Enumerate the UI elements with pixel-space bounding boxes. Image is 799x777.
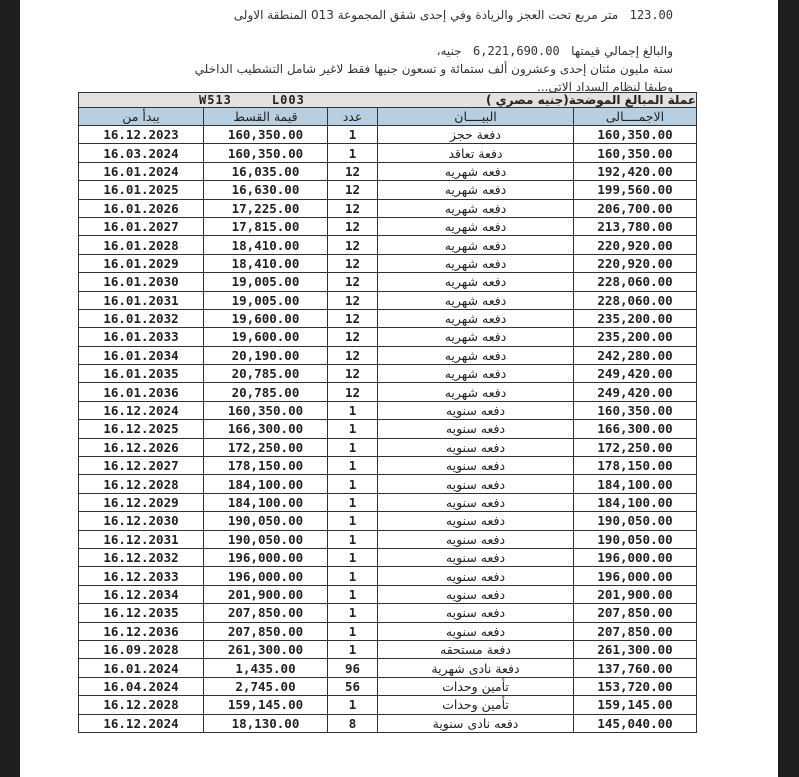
table-title-row: W513L003 عملة المبالغ الموضحة(جنيه مصري … xyxy=(79,93,697,108)
table-row: 16.12.2036207,850.001دفعه سنويه207,850.0… xyxy=(79,622,697,640)
table-row: 16.12.2024160,350.001دفعه سنويه160,350.0… xyxy=(79,401,697,419)
cell-count: 12 xyxy=(328,162,378,180)
cell-total: 261,300.00 xyxy=(574,640,697,658)
cell-start-date: 16.01.2032 xyxy=(79,309,204,327)
total-suffix: جنيه، xyxy=(437,44,462,58)
header-line-2: والبالغ إجمالي قيمتها 6,221,690.00 جنيه، xyxy=(437,44,673,58)
cell-description: دفعه شهريه xyxy=(378,273,574,291)
cell-total: 199,560.00 xyxy=(574,181,697,199)
cell-start-date: 16.01.2028 xyxy=(79,236,204,254)
cell-count: 12 xyxy=(328,291,378,309)
cell-total: 207,850.00 xyxy=(574,622,697,640)
cell-count: 12 xyxy=(328,365,378,383)
total-prefix: والبالغ إجمالي قيمتها xyxy=(571,44,673,58)
cell-count: 1 xyxy=(328,640,378,658)
cell-installment: 19,600.00 xyxy=(204,328,328,346)
cell-total: 235,200.00 xyxy=(574,309,697,327)
cell-description: دفعة حجز xyxy=(378,126,574,144)
cell-start-date: 16.12.2033 xyxy=(79,567,204,585)
cell-installment: 17,225.00 xyxy=(204,199,328,217)
cell-start-date: 16.01.2030 xyxy=(79,273,204,291)
cell-start-date: 16.12.2023 xyxy=(79,126,204,144)
cell-installment: 160,350.00 xyxy=(204,401,328,419)
cell-installment: 201,900.00 xyxy=(204,585,328,603)
cell-installment: 20,785.00 xyxy=(204,365,328,383)
cell-total: 184,100.00 xyxy=(574,493,697,511)
cell-count: 12 xyxy=(328,273,378,291)
cell-count: 12 xyxy=(328,254,378,272)
cell-start-date: 16.12.2036 xyxy=(79,622,204,640)
cell-description: تأمين وحدات xyxy=(378,696,574,714)
cell-count: 12 xyxy=(328,328,378,346)
col-total: الاجمــــالى xyxy=(574,108,697,126)
cell-installment: 190,050.00 xyxy=(204,512,328,530)
cell-total: 196,000.00 xyxy=(574,567,697,585)
cell-installment: 160,350.00 xyxy=(204,144,328,162)
cell-total: 207,850.00 xyxy=(574,604,697,622)
table-row: 16.01.203620,785.0012دفعه شهريه249,420.0… xyxy=(79,383,697,401)
cell-installment: 19,005.00 xyxy=(204,291,328,309)
cell-description: دفعه سنويه xyxy=(378,530,574,548)
cell-description: دفعه شهريه xyxy=(378,217,574,235)
cell-description: دفعه شهريه xyxy=(378,328,574,346)
col-description: البيــــان xyxy=(378,108,574,126)
cell-total: 160,350.00 xyxy=(574,126,697,144)
cell-start-date: 16.01.2031 xyxy=(79,291,204,309)
document-page: 123.00 متر مربع تحت العجز والزيادة وفي إ… xyxy=(20,0,778,777)
cell-start-date: 16.12.2028 xyxy=(79,475,204,493)
table-row: 16.09.2028261,300.001دفعة مستحقه261,300.… xyxy=(79,640,697,658)
table-row: 16.12.2030190,050.001دفعه سنويه190,050.0… xyxy=(79,512,697,530)
area-value: 123.00 xyxy=(630,8,673,22)
table-row: 16.12.2032196,000.001دفعه سنويه196,000.0… xyxy=(79,548,697,566)
unit-code: W513 xyxy=(199,93,232,107)
cell-installment: 172,250.00 xyxy=(204,438,328,456)
table-row: 16.12.2029184,100.001دفعه سنويه184,100.0… xyxy=(79,493,697,511)
cell-start-date: 16.12.2030 xyxy=(79,512,204,530)
header-line-1: 123.00 متر مربع تحت العجز والزيادة وفي إ… xyxy=(234,8,673,22)
cell-description: دفعه سنويه xyxy=(378,438,574,456)
cell-count: 1 xyxy=(328,604,378,622)
cell-start-date: 16.12.2025 xyxy=(79,420,204,438)
table-row: 16.01.202717,815.0012دفعه شهريه213,780.0… xyxy=(79,217,697,235)
cell-installment: 18,410.00 xyxy=(204,254,328,272)
table-row: 16.01.202918,410.0012دفعه شهريه220,920.0… xyxy=(79,254,697,272)
cell-count: 1 xyxy=(328,512,378,530)
cell-total: 228,060.00 xyxy=(574,273,697,291)
cell-total: 228,060.00 xyxy=(574,291,697,309)
table-row: 16.12.2028184,100.001دفعه سنويه184,100.0… xyxy=(79,475,697,493)
cell-start-date: 16.04.2024 xyxy=(79,677,204,695)
table-row: 16.12.2035207,850.001دفعه سنويه207,850.0… xyxy=(79,604,697,622)
cell-count: 1 xyxy=(328,548,378,566)
cell-count: 12 xyxy=(328,199,378,217)
cell-description: دفعة تعاقد xyxy=(378,144,574,162)
table-row: 16.01.203420,190.0012دفعه شهريه242,280.0… xyxy=(79,346,697,364)
cell-start-date: 16.01.2033 xyxy=(79,328,204,346)
cell-description: دفعة مستحقه xyxy=(378,640,574,658)
cell-total: 249,420.00 xyxy=(574,365,697,383)
table-row: 16.01.203019,005.0012دفعه شهريه228,060.0… xyxy=(79,273,697,291)
cell-total: 213,780.00 xyxy=(574,217,697,235)
table-row: 16.12.2023160,350.001دفعة حجز160,350.00 xyxy=(79,126,697,144)
cell-description: دفعه سنويه xyxy=(378,401,574,419)
cell-count: 1 xyxy=(328,585,378,603)
cell-installment: 207,850.00 xyxy=(204,622,328,640)
cell-installment: 17,815.00 xyxy=(204,217,328,235)
cell-count: 1 xyxy=(328,144,378,162)
table-row: 16.01.202818,410.0012دفعه شهريه220,920.0… xyxy=(79,236,697,254)
table-row: 16.12.2025166,300.001دفعه سنويه166,300.0… xyxy=(79,420,697,438)
cell-total: 178,150.00 xyxy=(574,457,697,475)
cell-total: 220,920.00 xyxy=(574,236,697,254)
cell-count: 8 xyxy=(328,714,378,732)
cell-installment: 178,150.00 xyxy=(204,457,328,475)
cell-installment: 16,630.00 xyxy=(204,181,328,199)
table-row: 16.01.203319,600.0012دفعه شهريه235,200.0… xyxy=(79,328,697,346)
cell-installment: 20,190.00 xyxy=(204,346,328,364)
table-row: 16.01.202516,630.0012دفعه شهريه199,560.0… xyxy=(79,181,697,199)
cell-installment: 166,300.00 xyxy=(204,420,328,438)
cell-count: 12 xyxy=(328,346,378,364)
cell-start-date: 16.01.2034 xyxy=(79,346,204,364)
cell-start-date: 16.12.2026 xyxy=(79,438,204,456)
cell-total: 206,700.00 xyxy=(574,199,697,217)
cell-installment: 160,350.00 xyxy=(204,126,328,144)
cell-description: دفعه سنويه xyxy=(378,457,574,475)
cell-description: دفعه سنويه xyxy=(378,567,574,585)
cell-description: دفعه شهريه xyxy=(378,383,574,401)
currency-note: عملة المبالغ الموضحة(جنيه مصري ) xyxy=(486,93,696,107)
cell-count: 1 xyxy=(328,438,378,456)
table-row: 16.12.2028159,145.001تأمين وحدات159,145.… xyxy=(79,696,697,714)
cell-installment: 184,100.00 xyxy=(204,493,328,511)
payment-schedule-table: W513L003 عملة المبالغ الموضحة(جنيه مصري … xyxy=(78,92,697,733)
cell-installment: 190,050.00 xyxy=(204,530,328,548)
cell-total: 137,760.00 xyxy=(574,659,697,677)
cell-installment: 261,300.00 xyxy=(204,640,328,658)
table-row: 16.12.202418,130.008دفعه نادى سنوية145,0… xyxy=(79,714,697,732)
table-row: 16.01.20241,435.0096دفعة نادى شهرية137,7… xyxy=(79,659,697,677)
cell-start-date: 16.01.2035 xyxy=(79,365,204,383)
cell-start-date: 16.12.2024 xyxy=(79,714,204,732)
cell-total: 242,280.00 xyxy=(574,346,697,364)
cell-count: 1 xyxy=(328,401,378,419)
cell-count: 12 xyxy=(328,181,378,199)
cell-total: 201,900.00 xyxy=(574,585,697,603)
cell-description: دفعه سنويه xyxy=(378,585,574,603)
cell-installment: 159,145.00 xyxy=(204,696,328,714)
cell-description: دفعه شهريه xyxy=(378,346,574,364)
table-row: 16.01.202617,225.0012دفعه شهريه206,700.0… xyxy=(79,199,697,217)
cell-total: 172,250.00 xyxy=(574,438,697,456)
cell-installment: 19,600.00 xyxy=(204,309,328,327)
cell-total: 192,420.00 xyxy=(574,162,697,180)
cell-start-date: 16.12.2029 xyxy=(79,493,204,511)
cell-installment: 184,100.00 xyxy=(204,475,328,493)
table-row: 16.12.2031190,050.001دفعه سنويه190,050.0… xyxy=(79,530,697,548)
cell-total: 190,050.00 xyxy=(574,512,697,530)
cell-description: دفعه سنويه xyxy=(378,548,574,566)
cell-installment: 18,410.00 xyxy=(204,236,328,254)
cell-description: دفعه شهريه xyxy=(378,162,574,180)
table-row: 16.12.2027178,150.001دفعه سنويه178,150.0… xyxy=(79,457,697,475)
cell-description: دفعه سنويه xyxy=(378,493,574,511)
cell-start-date: 16.12.2024 xyxy=(79,401,204,419)
cell-count: 1 xyxy=(328,696,378,714)
cell-count: 12 xyxy=(328,383,378,401)
cell-description: دفعه شهريه xyxy=(378,254,574,272)
cell-count: 1 xyxy=(328,530,378,548)
cell-start-date: 16.01.2026 xyxy=(79,199,204,217)
table-header-row: يبدأ من قيمة القسط عدد البيــــان الاجمـ… xyxy=(79,108,697,126)
cell-total: 160,350.00 xyxy=(574,401,697,419)
col-start-date: يبدأ من xyxy=(79,108,204,126)
cell-description: دفعه شهريه xyxy=(378,291,574,309)
cell-description: دفعه شهريه xyxy=(378,199,574,217)
cell-count: 1 xyxy=(328,126,378,144)
table-row: 16.04.20242,745.0056تأمين وحدات153,720.0… xyxy=(79,677,697,695)
col-count: عدد xyxy=(328,108,378,126)
table-row: 16.01.203520,785.0012دفعه شهريه249,420.0… xyxy=(79,365,697,383)
cell-count: 1 xyxy=(328,475,378,493)
cell-installment: 16,035.00 xyxy=(204,162,328,180)
cell-description: دفعه سنويه xyxy=(378,604,574,622)
cell-count: 1 xyxy=(328,622,378,640)
cell-start-date: 16.01.2027 xyxy=(79,217,204,235)
cell-installment: 196,000.00 xyxy=(204,548,328,566)
cell-description: دفعه شهريه xyxy=(378,309,574,327)
table-row: 16.03.2024160,350.001دفعة تعاقد160,350.0… xyxy=(79,144,697,162)
cell-installment: 2,745.00 xyxy=(204,677,328,695)
area-description: متر مربع تحت العجز والزيادة وفي إحدى شقق… xyxy=(234,8,618,22)
cell-installment: 19,005.00 xyxy=(204,273,328,291)
cell-total: 196,000.00 xyxy=(574,548,697,566)
cell-start-date: 16.01.2024 xyxy=(79,162,204,180)
cell-start-date: 16.01.2029 xyxy=(79,254,204,272)
cell-installment: 1,435.00 xyxy=(204,659,328,677)
cell-start-date: 16.09.2028 xyxy=(79,640,204,658)
cell-start-date: 16.12.2032 xyxy=(79,548,204,566)
cell-start-date: 16.12.2027 xyxy=(79,457,204,475)
cell-installment: 18,130.00 xyxy=(204,714,328,732)
cell-total: 160,350.00 xyxy=(574,144,697,162)
table-body: 16.12.2023160,350.001دفعة حجز160,350.001… xyxy=(79,126,697,733)
cell-count: 56 xyxy=(328,677,378,695)
table-row: 16.12.2034201,900.001دفعه سنويه201,900.0… xyxy=(79,585,697,603)
total-amount: 6,221,690.00 xyxy=(473,44,560,58)
cell-description: دفعه شهريه xyxy=(378,365,574,383)
cell-total: 145,040.00 xyxy=(574,714,697,732)
table-row: 16.12.2026172,250.001دفعه سنويه172,250.0… xyxy=(79,438,697,456)
cell-description: دفعه سنويه xyxy=(378,512,574,530)
cell-total: 184,100.00 xyxy=(574,475,697,493)
cell-total: 190,050.00 xyxy=(574,530,697,548)
cell-description: دفعه سنويه xyxy=(378,622,574,640)
cell-count: 1 xyxy=(328,567,378,585)
cell-installment: 20,785.00 xyxy=(204,383,328,401)
cell-total: 235,200.00 xyxy=(574,328,697,346)
cell-installment: 207,850.00 xyxy=(204,604,328,622)
level-code: L003 xyxy=(272,93,305,107)
cell-start-date: 16.01.2036 xyxy=(79,383,204,401)
cell-start-date: 16.12.2035 xyxy=(79,604,204,622)
cell-description: دفعه سنويه xyxy=(378,475,574,493)
cell-total: 166,300.00 xyxy=(574,420,697,438)
table-row: 16.01.203219,600.0012دفعه شهريه235,200.0… xyxy=(79,309,697,327)
cell-count: 12 xyxy=(328,236,378,254)
cell-start-date: 16.12.2034 xyxy=(79,585,204,603)
table-row: 16.12.2033196,000.001دفعه سنويه196,000.0… xyxy=(79,567,697,585)
table-row: 16.01.203119,005.0012دفعه شهريه228,060.0… xyxy=(79,291,697,309)
cell-count: 96 xyxy=(328,659,378,677)
cell-description: دفعة نادى شهرية xyxy=(378,659,574,677)
cell-description: دفعه نادى سنوية xyxy=(378,714,574,732)
cell-count: 12 xyxy=(328,217,378,235)
header-line-3: ستة مليون مئتان إحدى وعشرون ألف ستمائة و… xyxy=(195,62,673,76)
cell-start-date: 16.12.2031 xyxy=(79,530,204,548)
table-row: 16.01.202416,035.0012دفعه شهريه192,420.0… xyxy=(79,162,697,180)
cell-total: 220,920.00 xyxy=(574,254,697,272)
cell-count: 12 xyxy=(328,309,378,327)
cell-start-date: 16.12.2028 xyxy=(79,696,204,714)
cell-count: 1 xyxy=(328,457,378,475)
cell-total: 249,420.00 xyxy=(574,383,697,401)
cell-count: 1 xyxy=(328,493,378,511)
cell-start-date: 16.03.2024 xyxy=(79,144,204,162)
cell-description: تأمين وحدات xyxy=(378,677,574,695)
cell-total: 159,145.00 xyxy=(574,696,697,714)
col-installment: قيمة القسط xyxy=(204,108,328,126)
cell-count: 1 xyxy=(328,420,378,438)
cell-description: دفعه شهريه xyxy=(378,181,574,199)
cell-description: دفعه سنويه xyxy=(378,420,574,438)
cell-start-date: 16.01.2025 xyxy=(79,181,204,199)
cell-description: دفعه شهريه xyxy=(378,236,574,254)
cell-total: 153,720.00 xyxy=(574,677,697,695)
cell-installment: 196,000.00 xyxy=(204,567,328,585)
cell-start-date: 16.01.2024 xyxy=(79,659,204,677)
